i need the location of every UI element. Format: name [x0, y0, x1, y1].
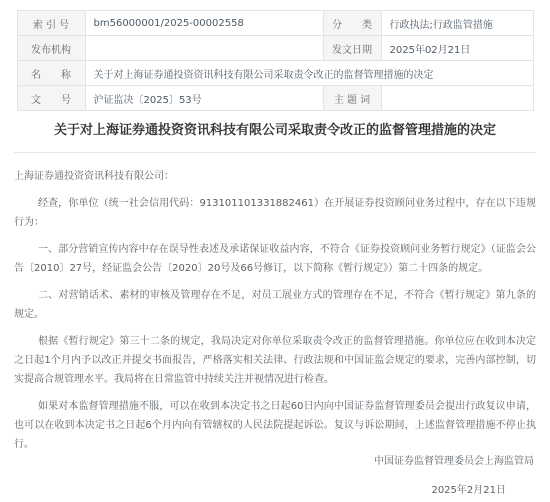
- meta-row-docno-subject: 文 号 沪证监决〔2025〕53号 主 题 词: [17, 86, 533, 111]
- doc-number-label: 文 号: [17, 86, 85, 111]
- doc-number-value: 沪证监决〔2025〕53号: [85, 86, 323, 111]
- issuer-signature: 中国证券监督管理委员会上海监管局: [374, 452, 534, 467]
- issue-date-value: 2025年02月21日: [381, 36, 533, 61]
- paragraph-decision: 根据《暂行规定》第三十二条的规定，我局决定对你单位采取责令改正的监督管理措施。你…: [14, 332, 536, 389]
- doc-name-value: 关于对上海证券通投资资讯科技有限公司采取责令改正的监督管理措施的决定: [85, 61, 533, 86]
- title-separator: [14, 152, 536, 153]
- paragraph-violation-1: 一、部分营销宣传内容中存在误导性表述及承诺保证收益内容，不符合《证券投资顾问业务…: [14, 240, 536, 278]
- index-number-label: 索 引 号: [17, 11, 85, 36]
- paragraph-intro: 经查，你单位（统一社会信用代码：913101101331882461）在开展证券…: [14, 194, 536, 232]
- document-title: 关于对上海证券通投资资讯科技有限公司采取责令改正的监督管理措施的决定: [20, 123, 530, 139]
- subject-words-label: 主 题 词: [323, 86, 381, 111]
- issue-date-label: 发文日期: [323, 36, 381, 61]
- category-label: 分 类: [323, 11, 381, 36]
- issuing-agency-label: 发布机构: [17, 36, 85, 61]
- meta-row-name: 名 称 关于对上海证券通投资资讯科技有限公司采取责令改正的监督管理措施的决定: [17, 61, 533, 86]
- doc-name-label: 名 称: [17, 61, 85, 86]
- meta-row-agency-date: 发布机构 发文日期 2025年02月21日: [17, 36, 533, 61]
- document-body: 上海证券通投资资讯科技有限公司： 经查，你单位（统一社会信用代码：9131011…: [14, 167, 536, 454]
- signature-date: 2025年2月21日: [431, 481, 506, 496]
- issuing-agency-value: [85, 36, 323, 61]
- paragraph-violation-2: 二、对营销话术、素材的审核及管理存在不足，对员工展业方式的管理存在不足，不符合《…: [14, 286, 536, 324]
- index-number-value: bm56000001/2025-00002558: [85, 11, 323, 36]
- addressee-line: 上海证券通投资资讯科技有限公司：: [14, 167, 536, 186]
- subject-words-value: [381, 86, 533, 111]
- meta-row-index-category: 索 引 号 bm56000001/2025-00002558 分 类 行政执法;…: [17, 11, 533, 36]
- paragraph-appeal-rights: 如果对本监督管理措施不服，可以在收到本决定书之日起60日内向中国证券监督管理委员…: [14, 397, 536, 454]
- document-meta-table: 索 引 号 bm56000001/2025-00002558 分 类 行政执法;…: [17, 10, 534, 111]
- category-value: 行政执法;行政监管措施: [381, 11, 533, 36]
